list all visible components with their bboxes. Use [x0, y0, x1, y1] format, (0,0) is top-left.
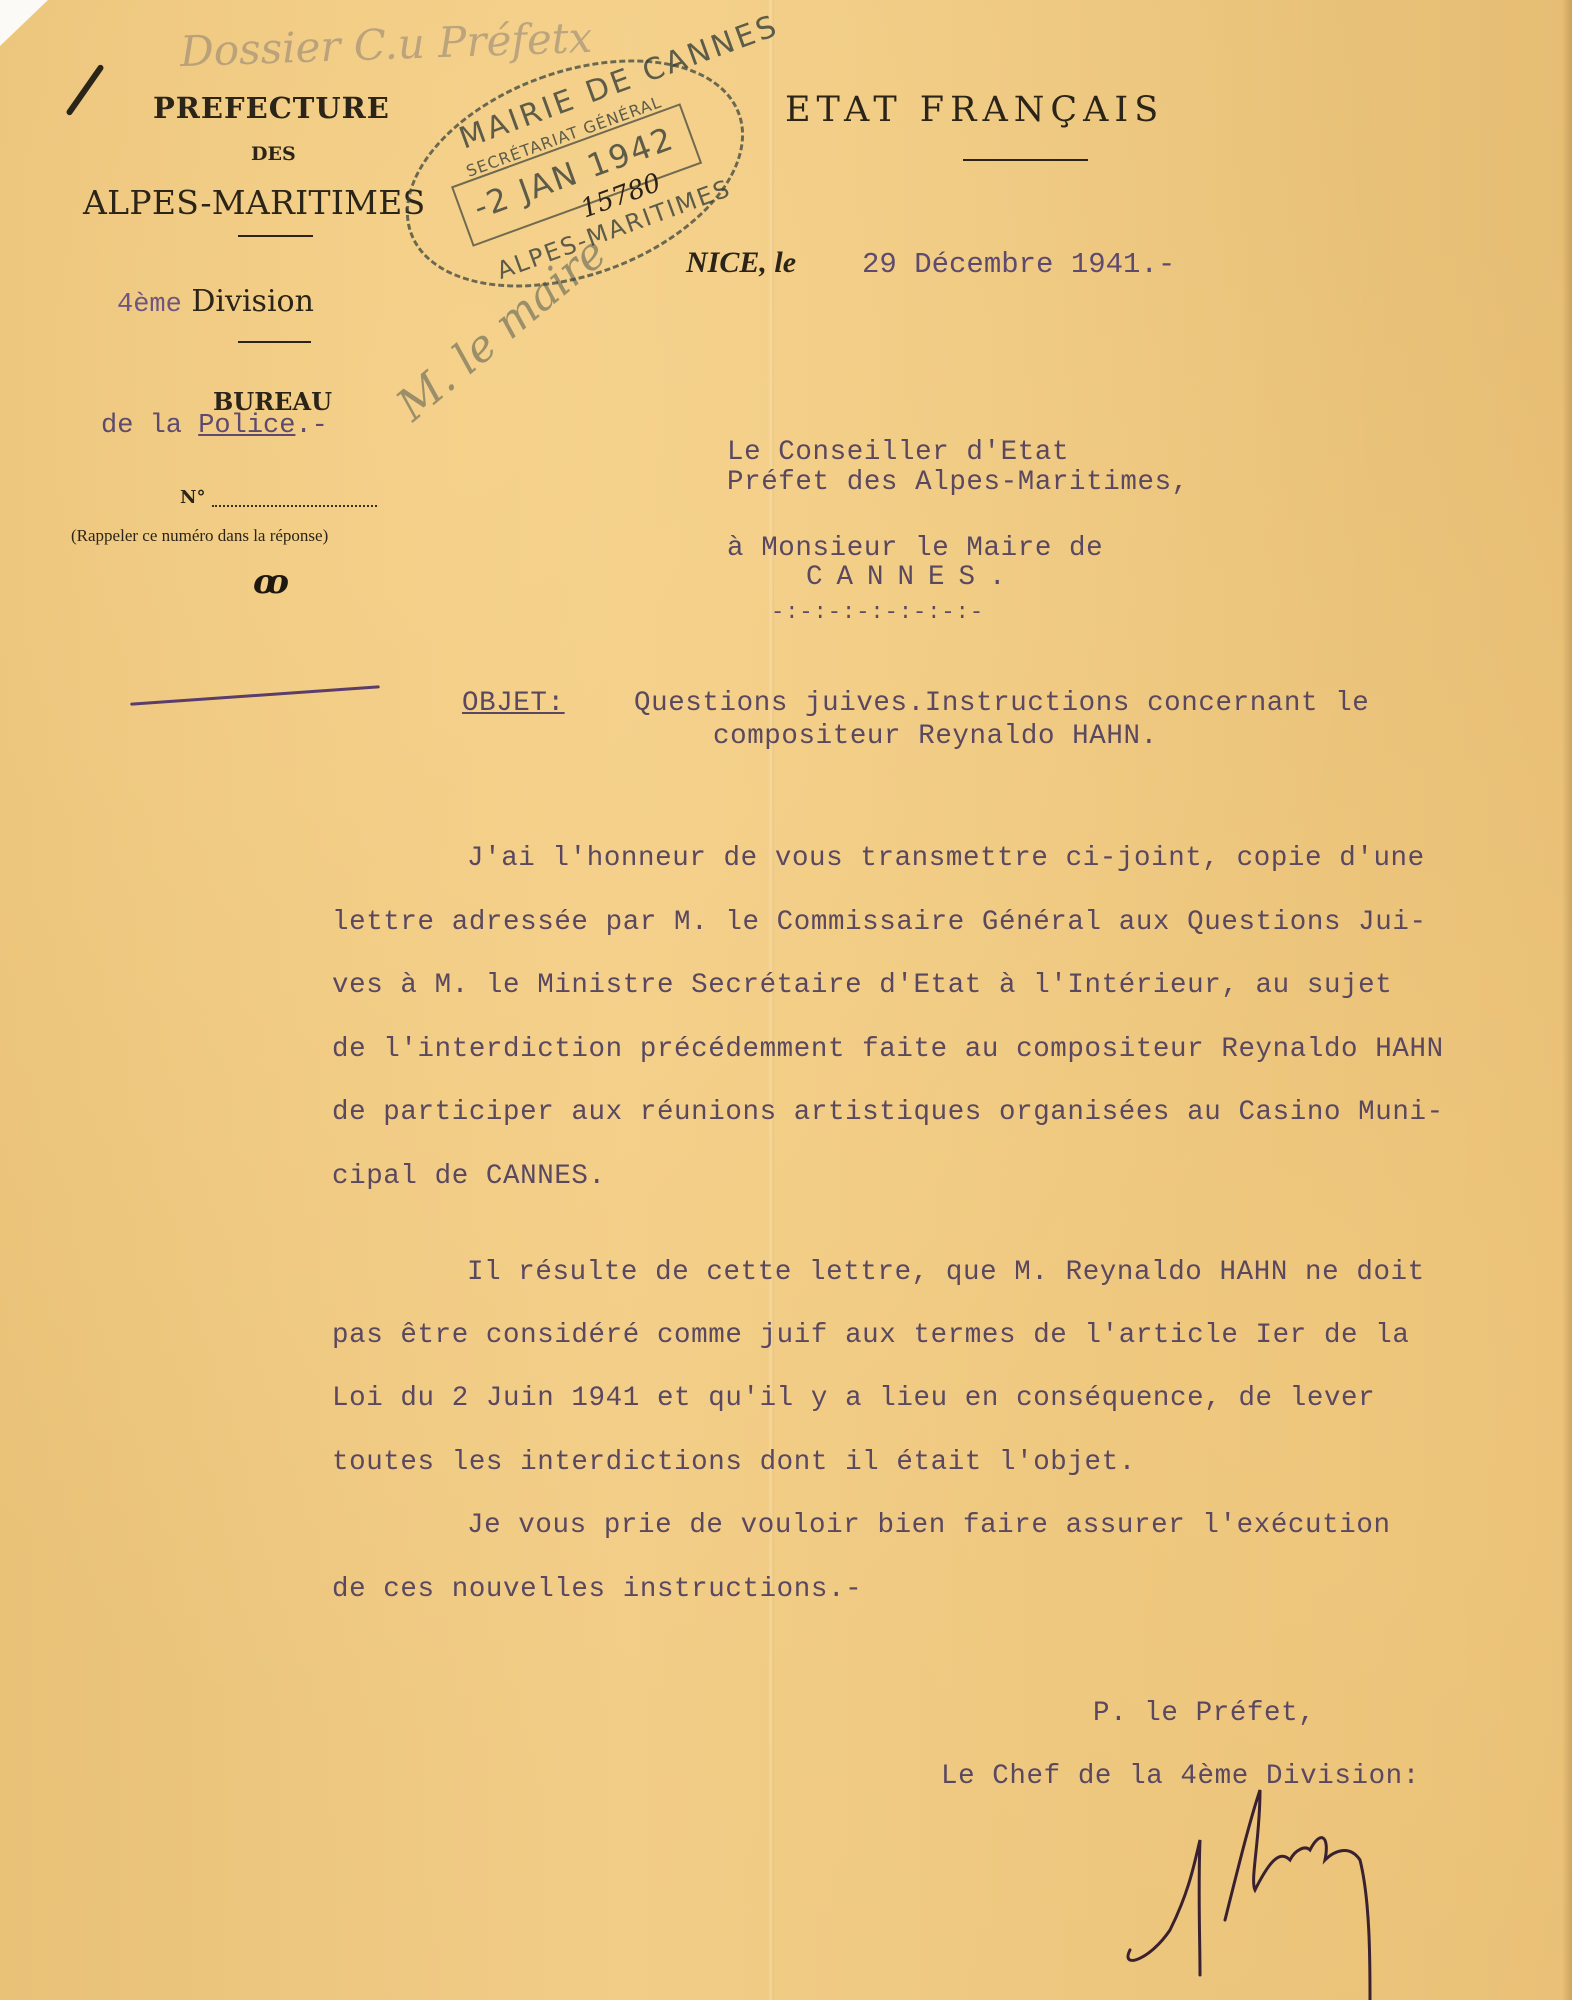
bureau-name-prefix: de la: [101, 411, 198, 441]
bureau-name-suffix: .-: [295, 411, 327, 441]
body-line: cipal de CANNES.: [332, 1161, 606, 1192]
body-line: de participer aux réunions artistiques o…: [332, 1097, 1444, 1128]
bureau-name-police: Police: [198, 411, 295, 441]
subject-line-2: compositeur Reynaldo HAHN.: [713, 721, 1158, 752]
paper-edge-shadow: [1562, 0, 1572, 2000]
closing-line-1: P. le Préfet,: [1093, 1698, 1315, 1729]
recipient-line-1: à Monsieur le Maire de: [727, 533, 1103, 564]
divider: [963, 159, 1088, 161]
divider: [238, 341, 311, 343]
number-field: [212, 505, 377, 507]
division-number: 4ème: [117, 290, 182, 320]
ink-slash-mark: [65, 64, 104, 117]
ornament-icon: ꝏ: [253, 562, 289, 602]
body-line: ves à M. le Ministre Secrétaire d'Etat à…: [332, 970, 1392, 1001]
document-page: Dossier C.u Préfetx PREFECTURE DES ALPES…: [0, 0, 1572, 2000]
torn-corner: [0, 0, 48, 46]
place-label: NICE, le: [686, 246, 796, 280]
body-line: pas être considéré comme juif aux termes…: [332, 1320, 1409, 1351]
division-label: 4ème Division: [117, 284, 314, 320]
body-line: de ces nouvelles instructions.-: [332, 1574, 862, 1605]
body-line: Je vous prie de vouloir bien faire assur…: [467, 1510, 1391, 1541]
prefecture-title: PREFECTURE: [153, 91, 390, 125]
recipient-ornament: -:-:-:-:-:-:-:-: [771, 600, 984, 625]
body-line: Loi du 2 Juin 1941 et qu'il y a lieu en …: [332, 1383, 1375, 1414]
state-heading: ETAT FRANÇAIS: [785, 90, 1164, 130]
bureau-name: de la Police.-: [101, 411, 328, 441]
body-line: de l'interdiction précédemment faite au …: [332, 1034, 1444, 1065]
subject-label: OBJET:: [462, 688, 565, 719]
division-word: Division: [191, 284, 314, 319]
body-line: lettre adressée par M. le Commissaire Gé…: [332, 907, 1427, 938]
body-line: J'ai l'honneur de vous transmettre ci-jo…: [467, 843, 1425, 874]
letter-date: 29 Décembre 1941.-: [862, 248, 1175, 281]
number-label: N°: [180, 487, 205, 508]
prefecture-department: ALPES-MARITIMES: [83, 183, 426, 222]
sender-line-1: Le Conseiller d'Etat: [727, 437, 1069, 468]
prefecture-des: DES: [251, 143, 296, 165]
recipient-line-2: CANNES.: [806, 562, 1020, 593]
handwritten-signature: [1120, 1740, 1480, 2000]
body-line: Il résulte de cette lettre, que M. Reyna…: [467, 1257, 1425, 1288]
ink-stroke: [130, 685, 380, 705]
reference-reminder: (Rappeler ce numéro dans la réponse): [71, 526, 328, 546]
divider: [238, 235, 313, 237]
body-line: toutes les interdictions dont il était l…: [332, 1447, 1136, 1478]
sender-line-2: Préfet des Alpes-Maritimes,: [727, 467, 1189, 498]
subject-line-1: Questions juives.Instructions concernant…: [634, 688, 1369, 719]
